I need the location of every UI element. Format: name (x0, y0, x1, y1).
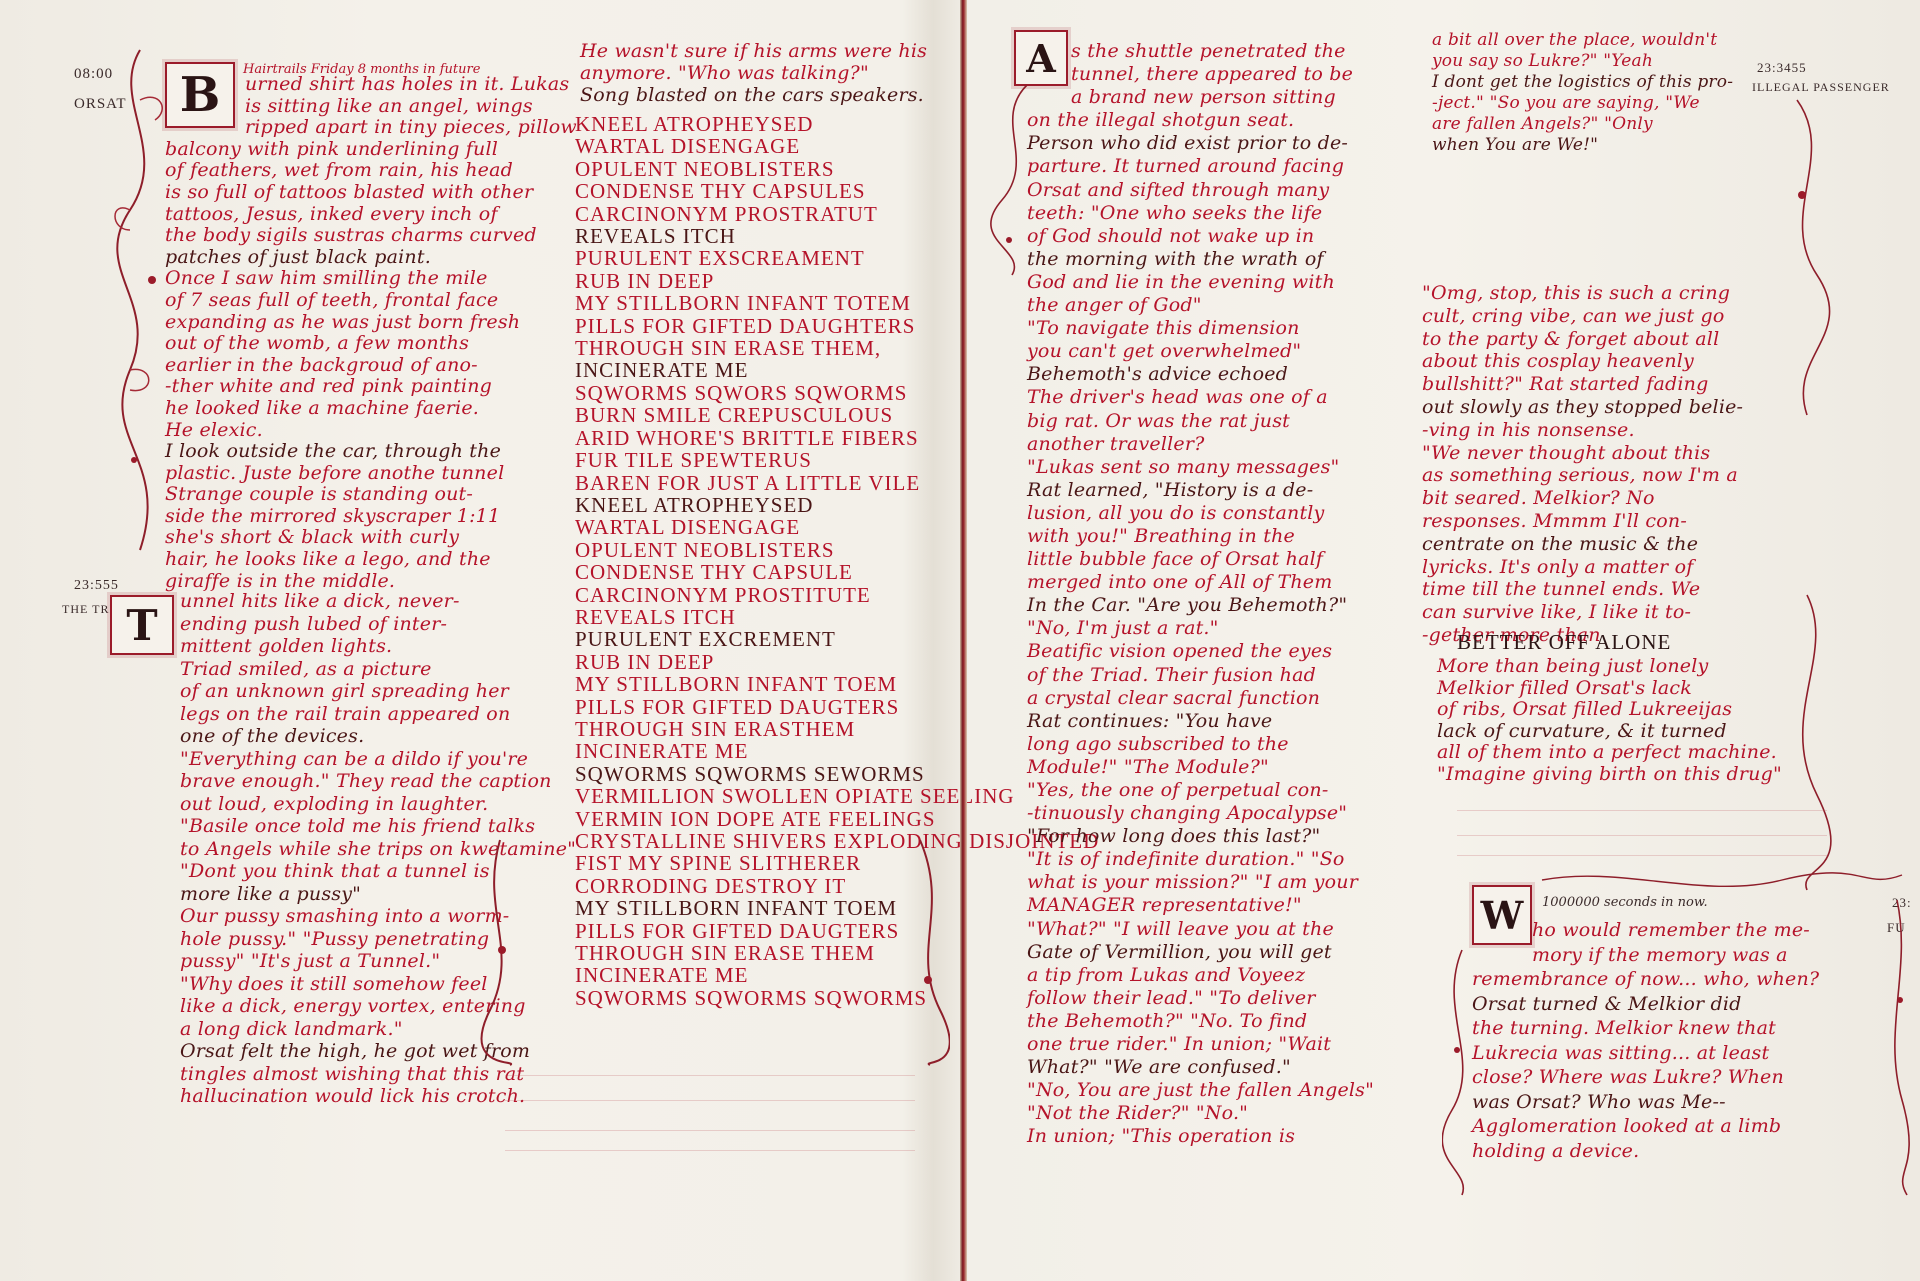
manuscript-line: holding a device. (1472, 1139, 1892, 1164)
margin-time-note-4: 23: (1892, 895, 1912, 911)
lyric-line: CONDENSE THY CAPSULES (575, 180, 935, 202)
lyric-line: CONDENSE THY CAPSULE (575, 561, 935, 583)
manuscript-line: I dont get the logistics of this pro- (1432, 72, 1742, 93)
manuscript-line: one of the devices. (180, 725, 480, 748)
manuscript-line: legs on the rail train appeared on (180, 703, 480, 726)
section3-subheading: 1000000 seconds in now. (1542, 895, 1708, 910)
manuscript-line: In union; "This operation is (1027, 1125, 1377, 1148)
manuscript-line: The driver's head was one of a (1027, 386, 1377, 409)
lyric-line: THROUGH SIN ERASTHEM (575, 718, 935, 740)
lyric-line: FIST MY SPINE SLITHERER (575, 852, 935, 874)
lyric-line: THROUGH SIN ERASE THEM, (575, 337, 935, 359)
manuscript-line: of feathers, wet from rain, his head (165, 160, 475, 182)
manuscript-line: plastic. Juste before anothe tunnel (165, 463, 475, 485)
lyric-line: WARTAL DISENGAGE (575, 516, 935, 538)
manuscript-line: the turning. Melkior knew that (1472, 1016, 1892, 1041)
manuscript-line: earlier in the backgroud of ano- (165, 355, 475, 377)
manuscript-line: ripped apart in tiny pieces, pillow (165, 117, 475, 139)
manuscript-line: about this cosplay heavenly (1422, 350, 1752, 373)
lyric-line: INCINERATE ME (575, 964, 935, 986)
manuscript-line: Lukrecia was sitting... at least (1472, 1041, 1892, 1066)
manuscript-line: lusion, all you do is constantly (1027, 502, 1377, 525)
manuscript-line: balcony with pink underlining full (165, 139, 475, 161)
margin-time-note-3: 23:3455 (1757, 60, 1807, 76)
manuscript-line: responses. Mmmm I'll con- (1422, 510, 1752, 533)
lyric-line: SQWORMS SQWORMS SEWORMS (575, 763, 935, 785)
manuscript-line: "To navigate this dimension (1027, 317, 1377, 340)
manuscript-line: a brand new person sitting (1027, 86, 1377, 109)
ruled-guideline (1457, 835, 1827, 836)
manuscript-line: of God should not wake up in (1027, 225, 1377, 248)
manuscript-line: Song blasted on the cars speakers. (580, 84, 927, 106)
manuscript-line: of the Triad. Their fusion had (1027, 664, 1377, 687)
lyric-line: PURULENT EXCREMENT (575, 628, 935, 650)
lyric-line: THROUGH SIN ERASE THEM (575, 942, 935, 964)
manuscript-line: "Imagine giving birth on this drug" (1437, 764, 1767, 786)
manuscript-line: "Dont you think that a tunnel is (180, 860, 480, 883)
lyric-line: PURULENT EXSCREAMENT (575, 247, 935, 269)
column4-section3-text: ho would remember the me-mory if the mem… (1472, 918, 1892, 1163)
manuscript-line: lack of curvature, & it turned (1437, 721, 1767, 743)
manuscript-line: more like a pussy" (180, 883, 480, 906)
column1-section2-text: unnel hits like a dick, never-ending pus… (180, 590, 480, 1108)
manuscript-line: time till the tunnel ends. We (1422, 578, 1752, 601)
manuscript-line: brave enough." They read the caption (180, 770, 480, 793)
lyric-line: KNEEL ATROPHEYSED (575, 113, 935, 135)
manuscript-line: giraffe is in the middle. (165, 571, 475, 593)
manuscript-line: pussy" "It's just a Tunnel." (180, 950, 480, 973)
manuscript-line: "For how long does this last?" (1027, 825, 1377, 848)
column4-after-heading-text: More than being just lonelyMelkior fille… (1437, 656, 1767, 786)
column2-intro-text: He wasn't sure if his arms were hisanymo… (580, 40, 927, 106)
lyric-line: MY STILLBORN INFANT TOTEM (575, 292, 935, 314)
manuscript-line: on the illegal shotgun seat. (1027, 109, 1377, 132)
column3-text: s the shuttle penetrated thetunnel, ther… (1027, 40, 1377, 1149)
manuscript-line: -tinuously changing Apocalypse" (1027, 802, 1377, 825)
manuscript-line: a crystal clear sacral function (1027, 687, 1377, 710)
lyric-line: CARCINONYM PROSTITUTE (575, 584, 935, 606)
manuscript-line: the morning with the wrath of (1027, 248, 1377, 271)
ruled-guideline (1457, 855, 1827, 856)
lyric-line: CARCINONYM PROSTRATUT (575, 203, 935, 225)
manuscript-line: as something serious, now I'm a (1422, 464, 1752, 487)
column1-text: urned shirt has holes in it. Lukasis sit… (165, 74, 475, 592)
manuscript-line: big rat. Or was the rat just (1027, 410, 1377, 433)
manuscript-line: hole pussy." "Pussy penetrating (180, 928, 480, 951)
lyric-line: FUR TILE SPEWTERUS (575, 449, 935, 471)
lyric-line: SQWORMS SQWORMS SQWORMS (575, 987, 935, 1009)
manuscript-line: out slowly as they stopped belie- (1422, 396, 1752, 419)
manuscript-line: another traveller? (1027, 433, 1377, 456)
open-book-spread: 08:00 ORSAT B Hairtrails Friday 8 months… (0, 0, 1920, 1281)
manuscript-line: teeth: "One who seeks the life (1027, 202, 1377, 225)
manuscript-line: tattoos, Jesus, inked every inch of (165, 204, 475, 226)
better-off-alone-heading: BETTER OFF ALONE (1457, 630, 1671, 655)
lyric-line: PILLS FOR GIFTED DAUGTERS (575, 696, 935, 718)
manuscript-line: MANAGER representative!" (1027, 894, 1377, 917)
manuscript-line: mittent golden lights. (180, 635, 480, 658)
manuscript-line: a tip from Lukas and Voyeez (1027, 964, 1377, 987)
lyric-line: RUB IN DEEP (575, 270, 935, 292)
manuscript-line: I look outside the car, through the (165, 441, 475, 463)
manuscript-line: patches of just black paint. (165, 247, 475, 269)
lyric-line: WARTAL DISENGAGE (575, 135, 935, 157)
manuscript-line: "No, I'm just a rat." (1027, 617, 1377, 640)
manuscript-line: More than being just lonely (1437, 656, 1767, 678)
lyric-line: CORRODING DESTROY IT (575, 875, 935, 897)
manuscript-line: Rat learned, "History is a de- (1027, 479, 1377, 502)
manuscript-line: Orsat and sifted through many (1027, 179, 1377, 202)
margin-time-note: 08:00 (74, 66, 113, 83)
manuscript-line: Gate of Vermillion, you will get (1027, 941, 1377, 964)
manuscript-line: Beatific vision opened the eyes (1027, 640, 1377, 663)
manuscript-line: tunnel, there appeared to be (1027, 63, 1377, 86)
manuscript-line: "It is of indefinite duration." "So (1027, 848, 1377, 871)
manuscript-line: can survive like, I like it to- (1422, 601, 1752, 624)
manuscript-line: merged into one of All of Them (1027, 571, 1377, 594)
ruled-guideline (1457, 810, 1827, 811)
manuscript-line: she's short & black with curly (165, 527, 475, 549)
manuscript-line: was Orsat? Who was Me-- (1472, 1090, 1892, 1115)
manuscript-line: What?" "We are confused." (1027, 1056, 1377, 1079)
lyric-line: ARID WHORE'S BRITTLE FIBERS (575, 427, 935, 449)
manuscript-line: Triad smiled, as a picture (180, 658, 480, 681)
manuscript-line: Once I saw him smilling the mile (165, 268, 475, 290)
column4-middle-text: "Omg, stop, this is such a cringcult, cr… (1422, 282, 1752, 647)
lyric-line: RUB IN DEEP (575, 651, 935, 673)
ruled-guideline (505, 1075, 915, 1076)
lyric-line: OPULENT NEOBLISTERS (575, 539, 935, 561)
manuscript-line: "Yes, the one of perpetual con- (1027, 779, 1377, 802)
lyric-line: REVEALS ITCH (575, 225, 935, 247)
manuscript-line: "Everything can be a dildo if you're (180, 748, 480, 771)
song-lyrics-block: KNEEL ATROPHEYSEDWARTAL DISENGAGEOPULENT… (575, 113, 935, 1009)
lyric-line: KNEEL ATROPHEYSED (575, 494, 935, 516)
manuscript-line: of 7 seas full of teeth, frontal face (165, 290, 475, 312)
manuscript-line: side the mirrored skyscraper 1:11 (165, 506, 475, 528)
manuscript-line: when You are We!" (1432, 135, 1742, 156)
margin-character-note: ORSAT (74, 96, 127, 113)
manuscript-line: tingles almost wishing that this rat (180, 1063, 480, 1086)
manuscript-line: "No, You are just the fallen Angels" (1027, 1079, 1377, 1102)
manuscript-line: God and lie in the evening with (1027, 271, 1377, 294)
manuscript-line: bullshitt?" Rat started fading (1422, 373, 1752, 396)
manuscript-line: Person who did exist prior to de- (1027, 132, 1377, 155)
manuscript-line: to the party & forget about all (1422, 328, 1752, 351)
manuscript-line: the Behemoth?" "No. To find (1027, 1010, 1377, 1033)
manuscript-line: mory if the memory was a (1472, 943, 1892, 968)
lyric-line: INCINERATE ME (575, 740, 935, 762)
manuscript-line: to Angels while she trips on kwetamine" (180, 838, 480, 861)
manuscript-line: he looked like a machine faerie. (165, 398, 475, 420)
manuscript-line: lyricks. It's only a matter of (1422, 556, 1752, 579)
lyric-line: VERMIN ION DOPE ATE FEELINGS (575, 808, 935, 830)
margin-time-note-2: 23:555 (74, 578, 119, 594)
manuscript-line: He wasn't sure if his arms were his (580, 40, 927, 62)
ruled-guideline (505, 1100, 915, 1101)
manuscript-line: the anger of God" (1027, 294, 1377, 317)
manuscript-line: close? Where was Lukre? When (1472, 1065, 1892, 1090)
manuscript-line: Module!" "The Module?" (1027, 756, 1377, 779)
left-page: 08:00 ORSAT B Hairtrails Friday 8 months… (0, 0, 960, 1281)
manuscript-line: cult, cring vibe, can we just go (1422, 305, 1752, 328)
book-gutter (960, 0, 967, 1281)
manuscript-line: ending push lubed of inter- (180, 613, 480, 636)
margin-character-note-3: ILLEGAL PASSENGER (1752, 80, 1890, 95)
lyric-line: OPULENT NEOBLISTERS (575, 158, 935, 180)
manuscript-line: -ther white and red pink painting (165, 376, 475, 398)
manuscript-line: "What?" "I will leave you at the (1027, 918, 1377, 941)
manuscript-line: Behemoth's advice echoed (1027, 363, 1377, 386)
manuscript-line: "Basile once told me his friend talks (180, 815, 480, 838)
manuscript-line: "Not the Rider?" "No." (1027, 1102, 1377, 1125)
manuscript-line: "Lukas sent so many messages" (1027, 456, 1377, 479)
manuscript-line: In the Car. "Are you Behemoth?" (1027, 594, 1377, 617)
manuscript-line: out loud, exploding in laughter. (180, 793, 480, 816)
manuscript-line: a bit all over the place, wouldn't (1432, 30, 1742, 51)
lyric-line: BURN SMILE CREPUSCULOUS (575, 404, 935, 426)
manuscript-line: centrate on the music & the (1422, 533, 1752, 556)
manuscript-line: like a dick, energy vortex, entering (180, 995, 480, 1018)
lyric-line: MY STILLBORN INFANT TOEM (575, 897, 935, 919)
manuscript-line: hair, he looks like a lego, and the (165, 549, 475, 571)
manuscript-line: "We never thought about this (1422, 442, 1752, 465)
lyric-line: VERMILLION SWOLLEN OPIATE SEELING (575, 785, 935, 807)
manuscript-line: He elexic. (165, 420, 475, 442)
manuscript-line: you say so Lukre?" "Yeah (1432, 51, 1742, 72)
manuscript-line: "Omg, stop, this is such a cring (1422, 282, 1752, 305)
manuscript-line: you can't get overwhelmed" (1027, 340, 1377, 363)
illuminated-initial-t: T (110, 595, 174, 655)
manuscript-line: Melkior filled Orsat's lack (1437, 678, 1767, 700)
manuscript-line: -ving in his nonsense. (1422, 419, 1752, 442)
manuscript-line: anymore. "Who was talking?" (580, 62, 927, 84)
manuscript-line: Orsat turned & Melkior did (1472, 992, 1892, 1017)
manuscript-line: bit seared. Melkior? No (1422, 487, 1752, 510)
manuscript-line: Agglomeration looked at a limb (1472, 1114, 1892, 1139)
manuscript-line: with you!" Breathing in the (1027, 525, 1377, 548)
vine-border-decoration-col4 (1767, 95, 1867, 895)
manuscript-line: one true rider." In union; "Wait (1027, 1033, 1377, 1056)
lyric-line: CRYSTALLINE SHIVERS EXPLODING DISJOINTED (575, 830, 935, 852)
manuscript-line: expanding as he was just born fresh (165, 312, 475, 334)
manuscript-line: -ject." "So you are saying, "We (1432, 93, 1742, 114)
manuscript-line: s the shuttle penetrated the (1027, 40, 1377, 63)
manuscript-line: all of them into a perfect machine. (1437, 742, 1767, 764)
manuscript-line: "Why does it still somehow feel (180, 973, 480, 996)
manuscript-line: Rat continues: "You have (1027, 710, 1377, 733)
column4-top-text: a bit all over the place, wouldn'tyou sa… (1432, 30, 1742, 156)
manuscript-line: hallucination would lick his crotch. (180, 1085, 480, 1108)
manuscript-line: little bubble face of Orsat half (1027, 548, 1377, 571)
manuscript-line: unnel hits like a dick, never- (180, 590, 480, 613)
lyric-line: PILLS FOR GIFTED DAUGTERS (575, 920, 935, 942)
manuscript-line: is so full of tattoos blasted with other (165, 182, 475, 204)
manuscript-line: a long dick landmark." (180, 1018, 480, 1041)
manuscript-line: of ribs, Orsat filled Lukreeijas (1437, 699, 1767, 721)
manuscript-line: the body sigils sustras charms curved (165, 225, 475, 247)
manuscript-line: long ago subscribed to the (1027, 733, 1377, 756)
manuscript-line: Strange couple is standing out- (165, 484, 475, 506)
manuscript-line: Our pussy smashing into a worm- (180, 905, 480, 928)
lyric-line: MY STILLBORN INFANT TOEM (575, 673, 935, 695)
manuscript-line: follow their lead." "To deliver (1027, 987, 1377, 1010)
manuscript-line: ho would remember the me- (1472, 918, 1892, 943)
manuscript-line: is sitting like an angel, wings (165, 96, 475, 118)
lyric-line: REVEALS ITCH (575, 606, 935, 628)
manuscript-line: out of the womb, a few months (165, 333, 475, 355)
manuscript-line: remembrance of now... who, when? (1472, 967, 1892, 992)
lyric-line: PILLS FOR GIFTED DAUGHTERS (575, 315, 935, 337)
manuscript-line: Orsat felt the high, he got wet from (180, 1040, 480, 1063)
manuscript-line: parture. It turned around facing (1027, 155, 1377, 178)
ruled-guideline (505, 1130, 915, 1131)
manuscript-line: of an unknown girl spreading her (180, 680, 480, 703)
lyric-line: BAREN FOR JUST A LITTLE VILE (575, 472, 935, 494)
manuscript-line: are fallen Angels?" "Only (1432, 114, 1742, 135)
ruled-guideline (505, 1150, 915, 1151)
manuscript-line: urned shirt has holes in it. Lukas (165, 74, 475, 96)
lyric-line: INCINERATE ME (575, 359, 935, 381)
right-page: A s the shuttle penetrated thetunnel, th… (967, 0, 1920, 1281)
manuscript-line: what is your mission?" "I am your (1027, 871, 1377, 894)
lyric-line: SQWORMS SQWORS SQWORMS (575, 382, 935, 404)
